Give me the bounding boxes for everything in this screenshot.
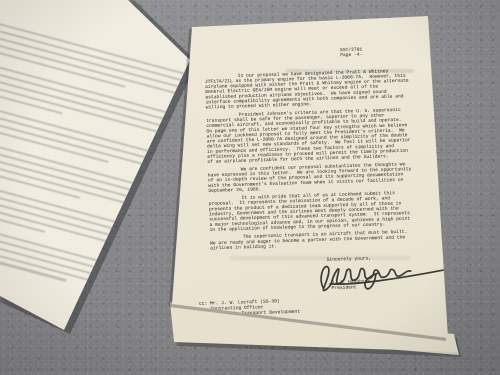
photo-of-letter: SST/2701 Page -4- In our proposal we hav… bbox=[0, 0, 500, 375]
letter-paragraph: The supersonic transport is an aircraft … bbox=[210, 229, 416, 251]
letter-paragraph: In our proposal we have designated the P… bbox=[205, 68, 412, 110]
letter-paragraph: We are confident our proposal substantia… bbox=[208, 161, 415, 193]
signature bbox=[313, 254, 452, 301]
document-header: SST/2701 Page -4- bbox=[340, 46, 410, 58]
page-number: Page -4- bbox=[340, 51, 410, 58]
letter-paragraph: It is with pride that all of us at Lockh… bbox=[209, 190, 416, 232]
letter-paragraph: President Johnson's criteria are that th… bbox=[206, 107, 414, 165]
letter-body: In our proposal we have designated the P… bbox=[205, 68, 416, 251]
